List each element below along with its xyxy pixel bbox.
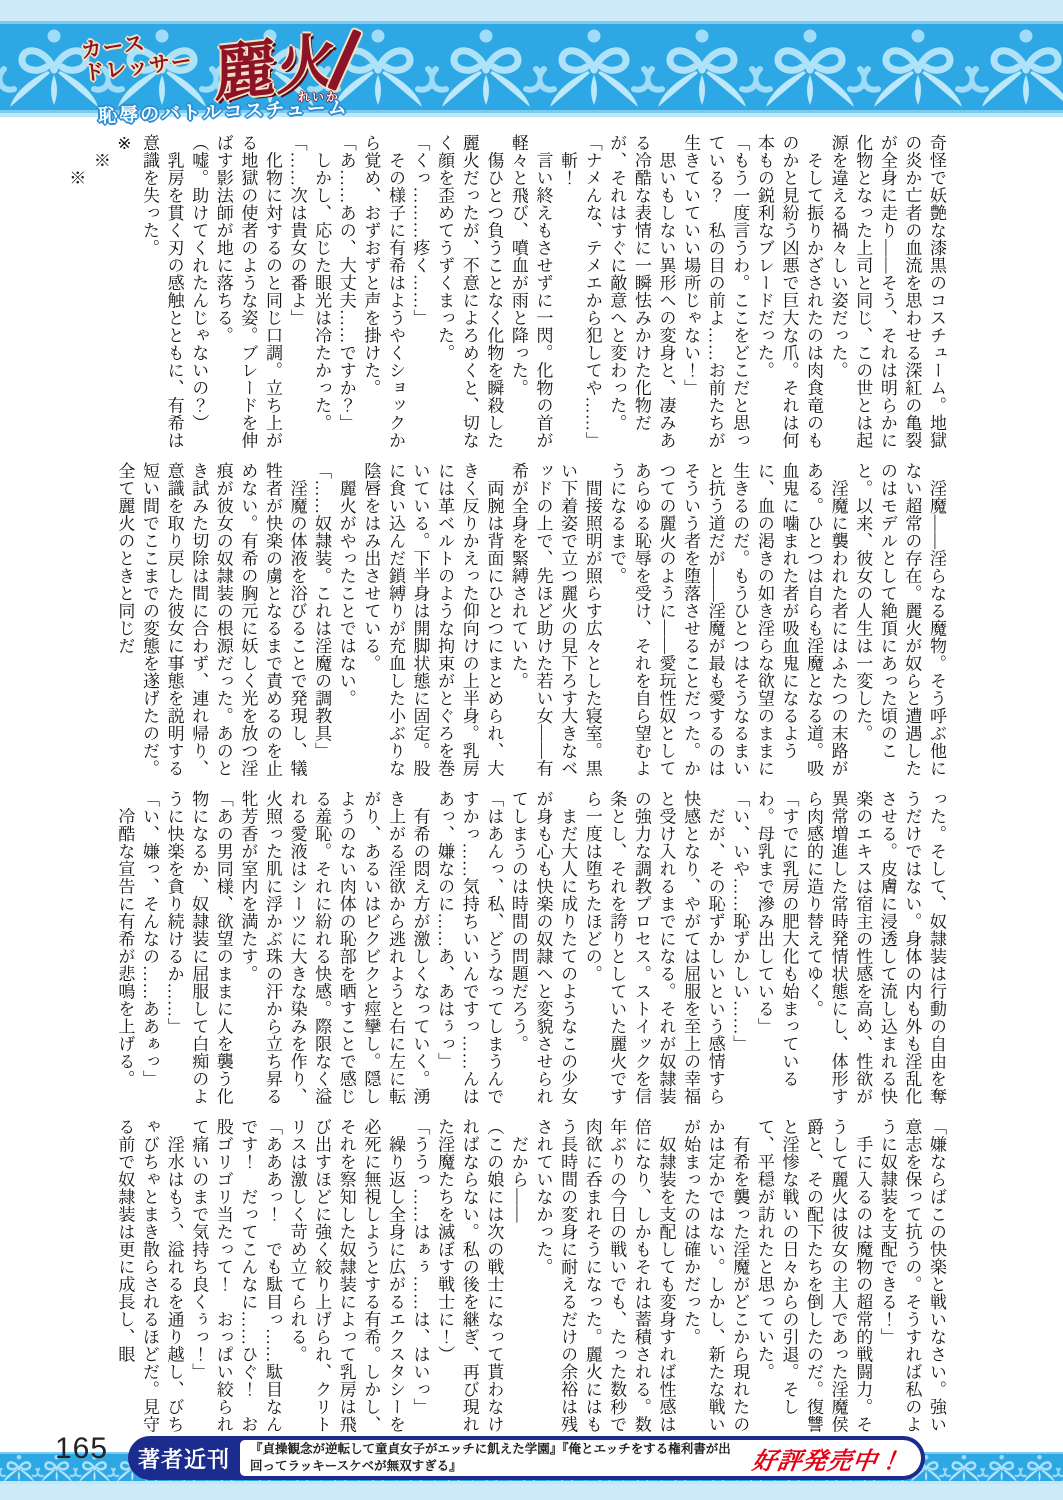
top-light-strip [0, 0, 1063, 21]
author-books-label: 著者近刊 [128, 1436, 240, 1480]
logo-subtitle: 恥辱のバトルコスチューム [98, 91, 399, 128]
text-block-4: 「嫌ならばこの快楽と戦いなさい。強い意志を保って抗うの。そうすれば私のように奴隷… [58, 1118, 948, 1440]
on-sale-badge: 好評発売中！ [747, 1441, 921, 1476]
book-page: カース ドレッサー 麗火 れいか 恥辱のバトルコスチューム 奇怪で妖艶な漆黒のコ… [0, 0, 1063, 1500]
series-logo: カース ドレッサー 麗火 れいか 恥辱のバトルコスチューム [72, 26, 402, 122]
text-block-1: 奇怪で妖艶な漆黒のコスチューム。地獄の炎か亡者の血流を思わせる深紅の亀裂が全身に… [58, 134, 948, 456]
author-books-content: 『貞操観念が逆転して童貞女子がエッチに飢えた学園』『俺とエッチをする権利書が出回… [240, 1440, 921, 1476]
author-book-titles: 『貞操観念が逆転して童貞女子がエッチに飢えた学園』『俺とエッチをする権利書が出回… [240, 1440, 749, 1476]
author-books-banner: 著者近刊 『貞操観念が逆転して童貞女子がエッチに飢えた学園』『俺とエッチをする権… [128, 1436, 925, 1480]
text-block-3: った。そして、奴隷装は行動の自由を奪うだけではない。身体の内も外も淫乱化させる。… [58, 790, 948, 1112]
bottom-light-strip [0, 1484, 1063, 1500]
page-number: 165 [55, 1432, 108, 1466]
text-block-2: 淫魔――淫らなる魔物。そう呼ぶ他にない超常の存在。麗火が奴らと遭遇したのはモデル… [58, 462, 948, 784]
logo-katakana-lines: カース ドレッサー [80, 27, 195, 85]
